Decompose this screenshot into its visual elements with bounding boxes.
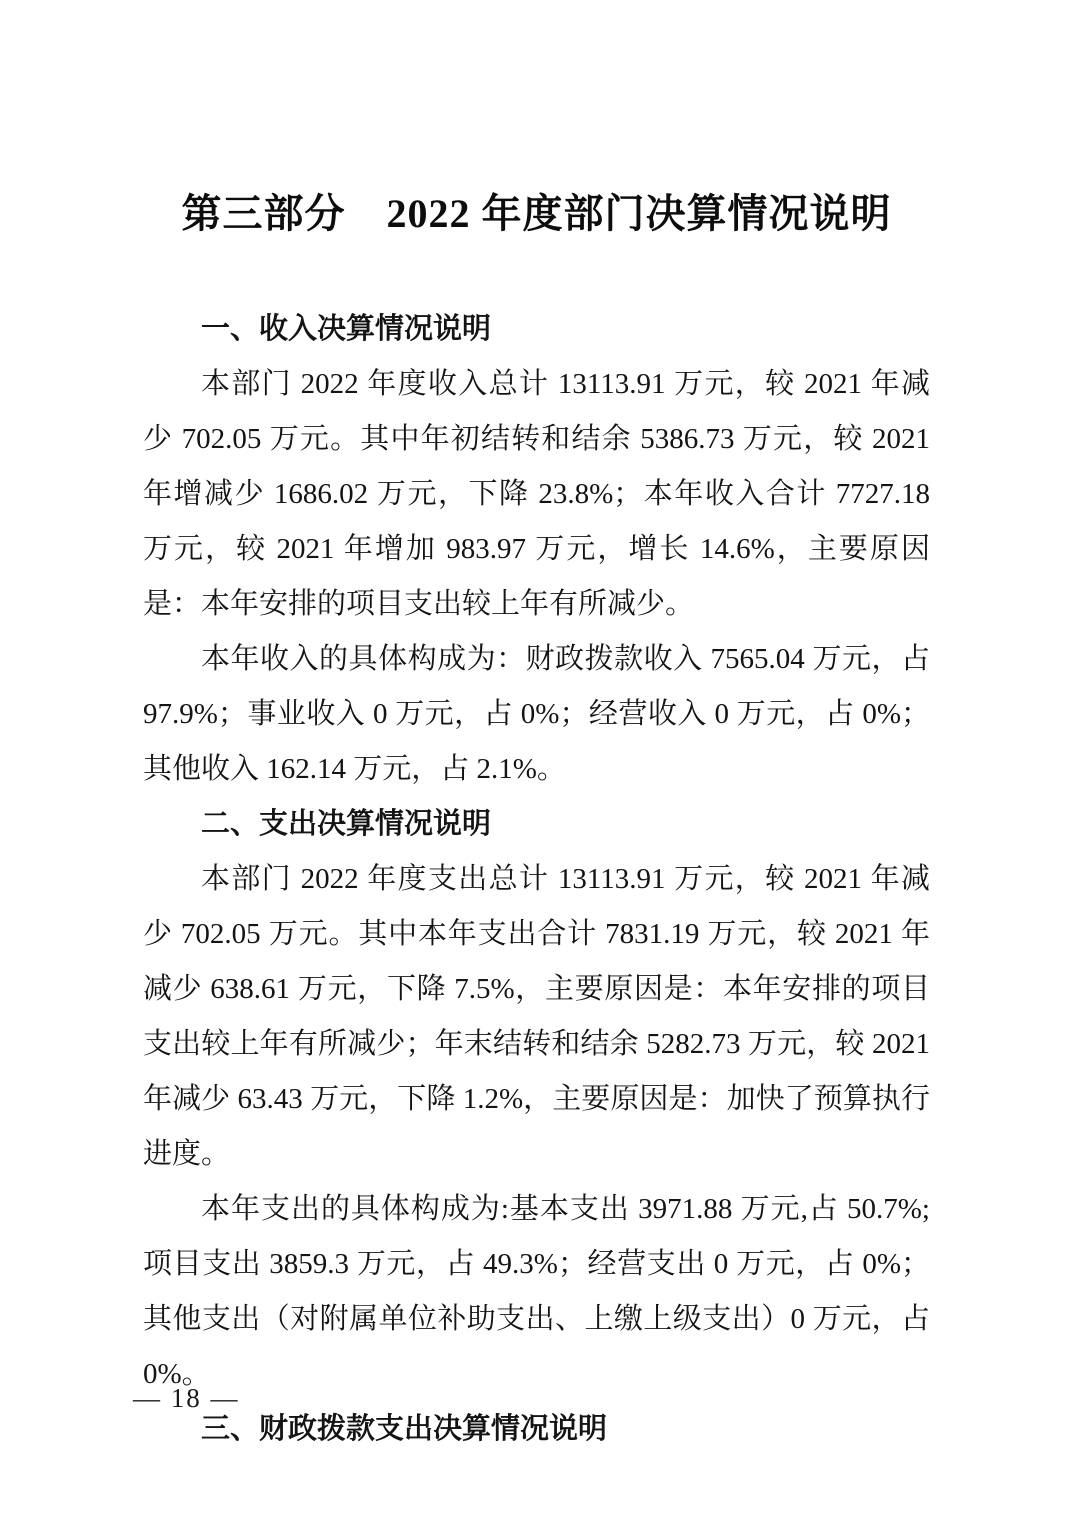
section-heading-income: 一、收入决算情况说明 [143,302,930,357]
expenditure-composition-paragraph: 本年支出的具体构成为:基本支出 3971.88 万元,占 50.7%;项目支出 … [143,1182,930,1402]
document-body: 一、收入决算情况说明 本部门 2022 年度收入总计 13113.91 万元，较… [143,302,930,1457]
page-title: 第三部分 2022 年度部门决算情况说明 [143,186,930,242]
income-summary-paragraph: 本部门 2022 年度收入总计 13113.91 万元，较 2021 年减少 7… [143,357,930,632]
page-number: — 18 — [133,1382,240,1414]
section-heading-fiscal-appropriation: 三、财政拨款支出决算情况说明 [143,1402,930,1457]
section-heading-expenditure: 二、支出决算情况说明 [143,797,930,852]
document-page: 第三部分 2022 年度部门决算情况说明 一、收入决算情况说明 本部门 2022… [0,0,1074,1520]
expenditure-summary-paragraph: 本部门 2022 年度支出总计 13113.91 万元，较 2021 年减少 7… [143,852,930,1182]
income-composition-paragraph: 本年收入的具体构成为：财政拨款收入 7565.04 万元，占 97.9%；事业收… [143,632,930,797]
